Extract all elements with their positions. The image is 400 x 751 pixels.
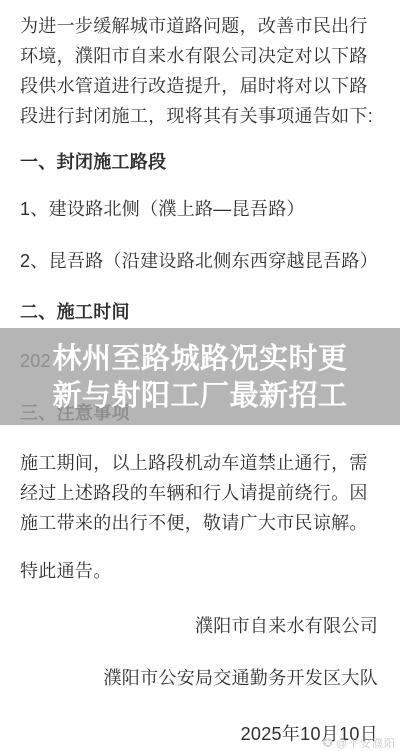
issuer-company: 濮阳市自来水有限公司 bbox=[20, 611, 378, 641]
watermark-badge-icon: ✪ bbox=[323, 736, 334, 750]
watermark: ✪ @平安濮阳 bbox=[323, 735, 396, 751]
closed-road-item-1: 1、建设路北侧（濮上路—昆吾路） bbox=[20, 194, 385, 224]
notice-body-paragraph: 施工期间，以上路段机动车道禁止通行，需经过上述路段的车辆和行人请提前绕行。因施工… bbox=[20, 448, 385, 538]
closing-line: 特此通告。 bbox=[20, 556, 385, 586]
issuer-police-brigade: 濮阳市公安局交通勤务开发区大队 bbox=[20, 663, 378, 693]
overlay-headline-line-1: 林州至路城路况实时更 bbox=[0, 341, 400, 378]
headline-overlay-band: 202 三、注意事项 林州至路城路况实时更 新与射阳工厂最新招工 bbox=[0, 328, 400, 425]
notice-page: 为进一步缓解城市道路问题，改善市民出行环境，濮阳市自来水有限公司决定对以下路段供… bbox=[0, 0, 400, 751]
section2-heading: 二、施工时间 bbox=[20, 297, 385, 327]
closed-road-item-2: 2、昆吾路（沿建设路北侧东西穿越昆吾路） bbox=[20, 246, 385, 276]
overlay-headline: 林州至路城路况实时更 新与射阳工厂最新招工 bbox=[0, 341, 400, 415]
watermark-text: @平安濮阳 bbox=[336, 735, 396, 751]
overlay-headline-line-2: 新与射阳工厂最新招工 bbox=[0, 378, 400, 415]
section1-heading: 一、封闭施工路段 bbox=[20, 147, 385, 177]
intro-paragraph: 为进一步缓解城市道路问题，改善市民出行环境，濮阳市自来水有限公司决定对以下路段供… bbox=[20, 11, 385, 131]
